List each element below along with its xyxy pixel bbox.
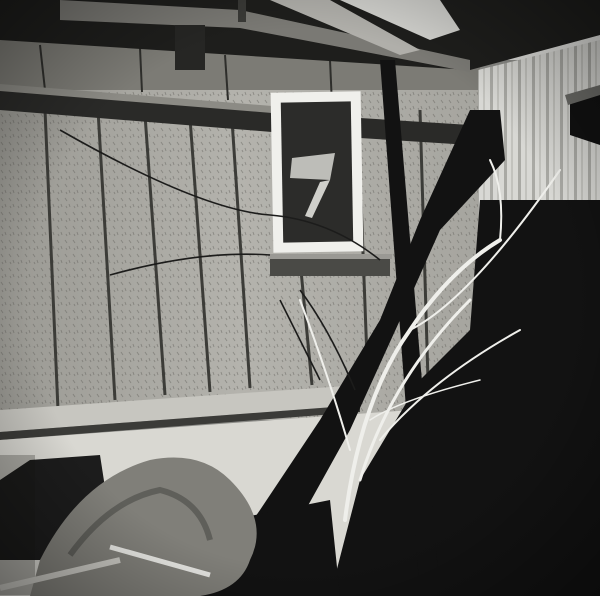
- vignette-overlay: [0, 0, 600, 596]
- photograph: Weathered wooden plank wall of an old bu…: [0, 0, 600, 596]
- photo-scene: [0, 0, 600, 596]
